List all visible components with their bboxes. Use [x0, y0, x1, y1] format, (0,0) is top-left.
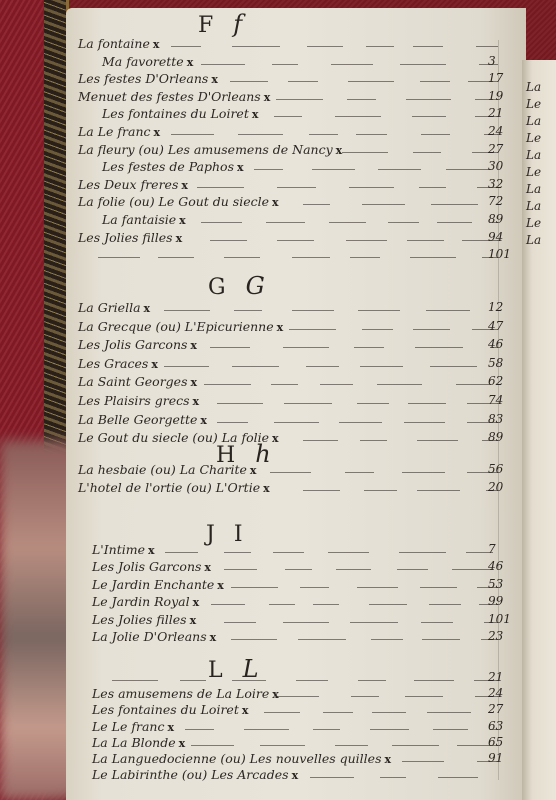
check-mark-icon: x: [181, 179, 188, 192]
leader-line: [171, 134, 215, 136]
leader-line: [358, 310, 400, 312]
page-number: 12: [488, 300, 518, 314]
leader-line: [417, 440, 457, 442]
leader-line: [274, 422, 318, 424]
entry-title: L'hotel de l'ortie (ou) L'Ortie: [78, 480, 260, 495]
index-entry: La fleury (ou) Les amusemens de Nancyx27: [78, 142, 518, 160]
leader-line: [201, 64, 245, 66]
leader-line: [266, 222, 306, 224]
page-number: 47: [488, 319, 518, 333]
page-number: 19: [488, 89, 518, 103]
index-entry: Les Jolis Garconsx46: [92, 559, 532, 577]
leader-line: [270, 472, 312, 474]
leader-line: [371, 639, 403, 641]
page-number: 20: [488, 480, 518, 494]
leader-line: [277, 696, 319, 698]
leader-line: [400, 64, 445, 66]
entry-title: La La Blonde: [92, 735, 176, 750]
check-mark-icon: x: [211, 73, 218, 86]
check-mark-icon: x: [277, 321, 284, 334]
leader-line: [298, 639, 345, 641]
section-heading: Ff: [198, 10, 248, 38]
leader-line: [274, 116, 302, 118]
leader-line: [224, 569, 257, 571]
entry-title: La folie (ou) Le Gout du siecle: [78, 194, 269, 209]
leader-line: [476, 46, 498, 48]
entry-title: Le Jardin Enchante: [92, 577, 214, 592]
page-number: 46: [488, 559, 518, 573]
entry-title: Les Plaisirs grecs: [78, 393, 190, 408]
section-script-letter: G: [246, 272, 271, 300]
index-entry: Le Labirinthe (ou) Les Arcadesx: [92, 767, 532, 785]
leader-line: [397, 569, 427, 571]
leader-line: [283, 622, 330, 624]
leader-line: [201, 222, 242, 224]
check-mark-icon: x: [190, 614, 197, 627]
leader-line: [362, 204, 405, 206]
leader-line: [422, 639, 461, 641]
index-entry: Les festes de Paphosx30: [102, 159, 542, 177]
leader-line: [331, 64, 373, 66]
index-entry: L'hotel de l'ortie (ou) L'Ortiex20: [78, 480, 518, 498]
leader-line: [323, 712, 352, 714]
page-number: 89: [488, 430, 518, 444]
leader-line: [350, 257, 380, 259]
leader-line: [413, 152, 442, 154]
leader-line: [310, 777, 354, 779]
leader-line: [306, 366, 339, 368]
leader-line: [350, 622, 398, 624]
leader-line: [329, 222, 366, 224]
entry-title: La Belle Georgette: [78, 412, 197, 427]
page-number: 62: [488, 374, 518, 388]
index-entry: Les Jolies fillesx101: [92, 612, 532, 630]
leader-line: [429, 604, 461, 606]
leader-line: [224, 552, 250, 554]
leader-line: [269, 604, 295, 606]
index-entry: La fontainex: [78, 36, 518, 54]
index-entry: Les festes D'Orleansx17: [78, 71, 518, 89]
facing-page-text: La: [526, 182, 541, 196]
entry-title: La Grecque (ou) L'Epicurienne: [78, 319, 274, 334]
leader-line: [309, 134, 337, 136]
leader-line: [404, 422, 446, 424]
leader-line: [349, 187, 394, 189]
leader-line: [312, 169, 355, 171]
leader-line: [284, 403, 331, 405]
leader-line: [346, 240, 387, 242]
check-mark-icon: x: [200, 414, 207, 427]
index-entry: La Griellax12: [78, 300, 518, 318]
leader-line: [211, 604, 245, 606]
leader-line: [204, 384, 252, 386]
leader-line: [360, 366, 403, 368]
leader-line: [234, 310, 262, 312]
leader-line: [289, 329, 335, 331]
index-entry: La folie (ou) Le Gout du sieclex72: [78, 194, 518, 212]
index-entry: Le Jardin Enchantex53: [92, 577, 532, 595]
leader-line: [277, 187, 316, 189]
entry-title: Ma favorette: [102, 54, 184, 69]
page-number: 24: [488, 124, 518, 138]
index-entry: La hesbaie (ou) La Charitex56: [78, 462, 518, 480]
leader-line: [412, 116, 446, 118]
leader-line: [392, 745, 438, 747]
check-mark-icon: x: [153, 38, 160, 51]
leader-line: [358, 680, 386, 682]
check-mark-icon: x: [193, 596, 200, 609]
check-mark-icon: x: [193, 395, 200, 408]
check-mark-icon: x: [148, 544, 155, 557]
page-number: 3: [488, 54, 518, 68]
leader-line: [426, 310, 470, 312]
leader-line: [446, 169, 491, 171]
leader-line: [171, 46, 202, 48]
leader-line: [288, 81, 318, 83]
leader-line: [345, 472, 374, 474]
leader-line: [224, 622, 256, 624]
leader-line: [217, 422, 248, 424]
check-mark-icon: x: [272, 688, 279, 701]
check-mark-icon: x: [252, 108, 259, 121]
check-mark-icon: x: [272, 196, 279, 209]
check-mark-icon: x: [292, 769, 299, 782]
leader-line: [388, 222, 418, 224]
leader-line: [296, 680, 328, 682]
leader-line: [431, 204, 477, 206]
index-entry: Les Plaisirs grecsx74: [78, 393, 518, 411]
entry-title: La Griella: [78, 300, 141, 315]
leader-line: [417, 490, 459, 492]
leader-line: [433, 729, 469, 731]
leader-line: [244, 729, 289, 731]
check-mark-icon: x: [336, 144, 343, 157]
section-letter: G: [208, 275, 232, 300]
leader-line: [277, 240, 315, 242]
entry-title: La Saint Georges: [78, 374, 188, 389]
leader-line: [357, 403, 389, 405]
leader-line: [420, 81, 450, 83]
leader-line: [380, 777, 406, 779]
index-entry: Les Jolies fillesx94: [78, 230, 518, 248]
leader-line: [339, 422, 382, 424]
entry-title: La fantaisie: [102, 212, 176, 227]
leader-line: [164, 310, 210, 312]
section-heading: GG: [208, 272, 271, 300]
leader-line: [413, 329, 451, 331]
leader-line: [366, 46, 394, 48]
leader-line: [98, 257, 140, 259]
leader-line: [372, 712, 406, 714]
page-number: 56: [488, 462, 518, 476]
entry-title: Les amusemens de La Loire: [92, 686, 269, 701]
leader-line: [420, 587, 458, 589]
index-entry: Menuet des festes D'Orleansx19: [78, 89, 518, 107]
entry-title: Le Jardin Royal: [92, 594, 190, 609]
page-number: 63: [488, 719, 518, 733]
leader-line: [303, 204, 331, 206]
leader-line: [351, 696, 379, 698]
leader-line: [408, 403, 447, 405]
page-number: 24: [488, 686, 518, 700]
leader-line: [307, 46, 342, 48]
leader-line: [415, 347, 462, 349]
leader-line: [356, 134, 387, 136]
entry-title: Les fontaines du Loiret: [92, 702, 239, 717]
check-mark-icon: x: [237, 161, 244, 174]
leader-line: [335, 745, 368, 747]
entry-title: Les fontaines du Loiret: [102, 106, 249, 121]
page-number: 99: [488, 594, 518, 608]
leader-line: [292, 257, 330, 259]
entry-title: La fontaine: [78, 36, 150, 51]
check-mark-icon: x: [151, 358, 158, 371]
page-number: 83: [488, 412, 518, 426]
leader-line: [407, 240, 443, 242]
leader-line: [292, 310, 334, 312]
section-letter: F: [198, 13, 219, 38]
page-number: 30: [488, 159, 518, 173]
leader-line: [231, 639, 277, 641]
entry-title: Les Jolies filles: [78, 230, 173, 245]
leader-line: [165, 552, 198, 554]
leader-line: [300, 587, 328, 589]
entry-title: Menuet des festes D'Orleans: [78, 89, 261, 104]
page-number: 89: [488, 212, 518, 226]
leader-line: [430, 366, 477, 368]
leader-line: [232, 366, 279, 368]
check-mark-icon: x: [210, 631, 217, 644]
leader-line: [421, 622, 452, 624]
leader-line: [419, 187, 446, 189]
leader-line: [180, 680, 206, 682]
leader-line: [413, 46, 444, 48]
leader-line: [427, 712, 472, 714]
facing-page-text: La: [526, 80, 541, 94]
leader-line: [232, 680, 266, 682]
leader-line: [421, 134, 451, 136]
section-script-letter: f: [233, 10, 248, 38]
leader-line: [264, 712, 300, 714]
leader-line: [230, 81, 268, 83]
page-number: 46: [488, 337, 518, 351]
leader-line: [254, 169, 283, 171]
facing-page-text: Le: [526, 131, 541, 145]
leader-line: [347, 99, 377, 101]
leader-line: [342, 152, 388, 154]
leader-line: [328, 552, 370, 554]
leader-line: [414, 680, 454, 682]
check-mark-icon: x: [242, 704, 249, 717]
index-entry: L'Intimex7: [92, 542, 532, 560]
leader-line: [164, 366, 209, 368]
index-entry: La Belle Georgettex83: [78, 412, 518, 430]
leader-line: [378, 169, 421, 171]
page-number: 21: [488, 670, 518, 684]
leader-line: [210, 347, 250, 349]
entry-title: La fleury (ou) Les amusemens de Nancy: [78, 142, 333, 157]
leader-line: [410, 257, 456, 259]
page-number: 101: [488, 612, 518, 626]
leader-line: [456, 384, 492, 386]
leader-line: [271, 384, 298, 386]
page-number: 23: [488, 629, 518, 643]
index-entry: La Le francx24: [78, 124, 518, 142]
leader-line: [232, 46, 280, 48]
entry-title: Les Graces: [78, 356, 148, 371]
entry-title: Les festes de Paphos: [102, 159, 234, 174]
page-number: 32: [488, 177, 518, 191]
entry-title: La Languedocienne (ou) Les nouvelles qui…: [92, 751, 382, 766]
leader-line: [197, 187, 244, 189]
check-mark-icon: x: [154, 126, 161, 139]
page-number: 74: [488, 393, 518, 407]
page-number: 72: [488, 194, 518, 208]
entry-title: Le Le franc: [92, 719, 164, 734]
leader-line: [191, 745, 234, 747]
leader-line: [354, 347, 384, 349]
leader-line: [438, 777, 478, 779]
index-entry: Les fontaines du Loiretx21: [102, 106, 542, 124]
check-mark-icon: x: [179, 214, 186, 227]
entry-title: Les festes D'Orleans: [78, 71, 208, 86]
page-number: 27: [488, 142, 518, 156]
index-entry: Les Gracesx58: [78, 356, 518, 374]
page-number: 7: [488, 542, 518, 556]
leader-line: [406, 99, 451, 101]
page-number: 17: [488, 71, 518, 85]
index-entry: Les Deux freresx32: [78, 177, 518, 195]
leader-line: [369, 604, 407, 606]
leader-line: [399, 552, 446, 554]
entry-title: Les Deux freres: [78, 177, 178, 192]
index-entry: Le Jardin Royalx99: [92, 594, 532, 612]
leader-line: [260, 745, 306, 747]
check-mark-icon: x: [144, 302, 151, 315]
leader-line: [283, 347, 330, 349]
leader-line: [303, 490, 341, 492]
leader-line: [224, 257, 260, 259]
page-number: 27: [488, 702, 518, 716]
index-entry: La Jolie D'Orleansx23: [92, 629, 532, 647]
page-number: 21: [488, 106, 518, 120]
leader-line: [272, 64, 299, 66]
check-mark-icon: x: [264, 91, 271, 104]
entry-title: L'Intime: [92, 542, 145, 557]
leader-line: [402, 761, 443, 763]
page-number: 65: [488, 735, 518, 749]
leader-line: [210, 240, 247, 242]
index-entry: Les Jolis Garconsx46: [78, 337, 518, 355]
check-mark-icon: x: [250, 464, 257, 477]
leader-line: [377, 384, 422, 386]
check-mark-icon: x: [217, 579, 224, 592]
page-number: 94: [488, 230, 518, 244]
facing-page-text: La: [526, 233, 541, 247]
entry-title: La Le franc: [78, 124, 151, 139]
leader-line: [335, 116, 380, 118]
entry-title: La Jolie D'Orleans: [92, 629, 207, 644]
leader-line: [320, 384, 352, 386]
index-entry: Ma favorettex3: [102, 54, 542, 72]
leader-line: [348, 81, 394, 83]
leader-line: [217, 403, 263, 405]
check-mark-icon: x: [167, 721, 174, 734]
leader-line: [313, 604, 339, 606]
entry-title: Le Labirinthe (ou) Les Arcades: [92, 767, 289, 782]
entry-title: Les Jolies filles: [92, 612, 187, 627]
leader-line: [158, 257, 194, 259]
leader-line: [360, 440, 387, 442]
index-entry: La Saint Georgesx62: [78, 374, 518, 392]
check-mark-icon: x: [187, 56, 194, 69]
entry-title: Les Jolis Garcons: [78, 337, 187, 352]
leader-line: [273, 552, 304, 554]
check-mark-icon: x: [190, 339, 197, 352]
leader-line: [285, 569, 313, 571]
entry-title: Les Jolis Garcons: [92, 559, 201, 574]
facing-page-text: La: [526, 199, 541, 213]
index-entry: Le Gout du siecle (ou) La foliex89: [78, 430, 518, 448]
check-mark-icon: x: [204, 561, 211, 574]
page-number: 53: [488, 577, 518, 591]
leader-line: [362, 329, 393, 331]
leader-line: [402, 472, 444, 474]
index-entry: 101: [78, 247, 518, 265]
leader-line: [303, 440, 339, 442]
page-number: 101: [488, 247, 518, 261]
page-number: 91: [488, 751, 518, 765]
check-mark-icon: x: [176, 232, 183, 245]
index-entry: La fantaisiex89: [102, 212, 542, 230]
leader-line: [370, 729, 409, 731]
check-mark-icon: x: [263, 482, 270, 495]
leader-line: [357, 587, 398, 589]
leader-line: [276, 99, 323, 101]
leader-line: [405, 696, 443, 698]
leader-line: [238, 134, 283, 136]
leader-line: [313, 729, 339, 731]
check-mark-icon: x: [191, 376, 198, 389]
leader-line: [364, 490, 397, 492]
page-number: 58: [488, 356, 518, 370]
leader-line: [112, 680, 158, 682]
entry-title: La hesbaie (ou) La Charite: [78, 462, 247, 477]
check-mark-icon: x: [385, 753, 392, 766]
leader-line: [185, 729, 215, 731]
leader-line: [336, 569, 371, 571]
check-mark-icon: x: [179, 737, 186, 750]
leader-line: [231, 587, 278, 589]
index-entry: La Grecque (ou) L'Epicuriennex47: [78, 319, 518, 337]
leader-line: [437, 222, 472, 224]
